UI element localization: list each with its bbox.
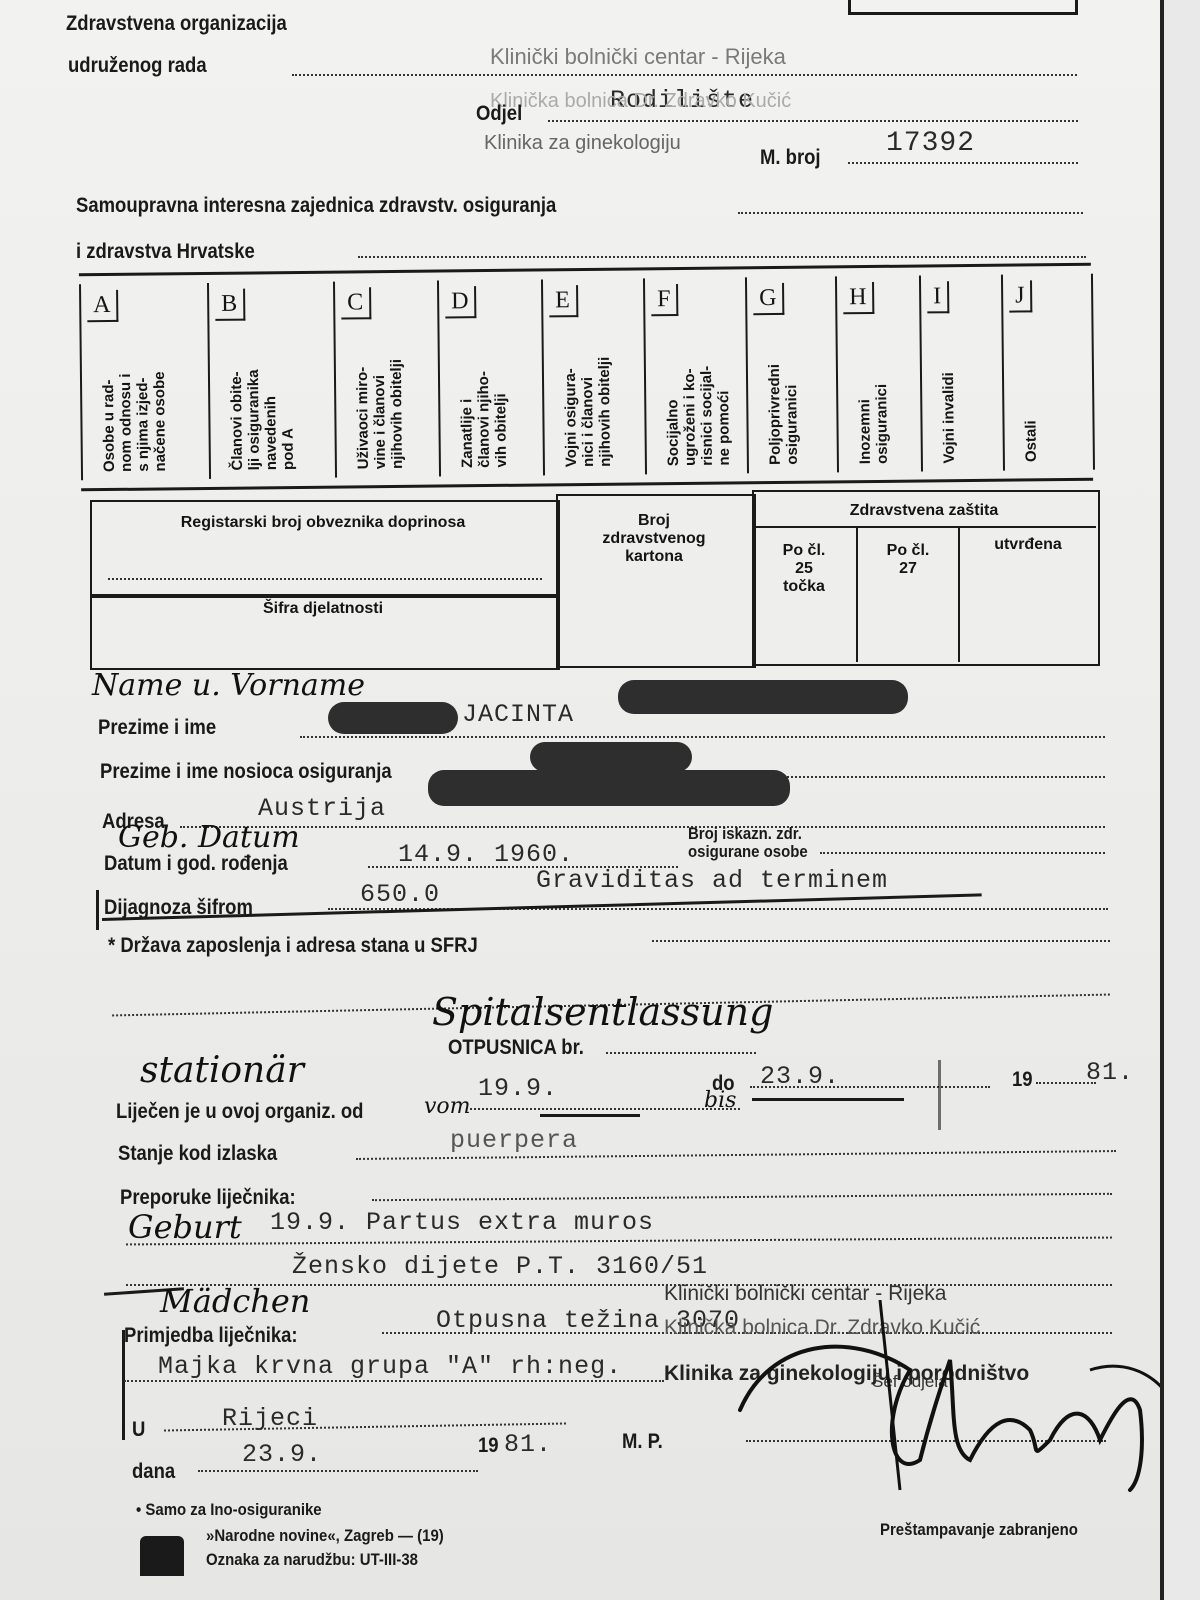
- recommendations-line2: [126, 1237, 1112, 1246]
- treated-label: Liječen je u ovoj organiz. od: [116, 1100, 363, 1124]
- bracket-mark: [96, 890, 99, 930]
- org-value-faint: Klinički bolnički centar - Rijeka: [490, 44, 786, 70]
- name-label: Prezime i ime: [98, 716, 216, 740]
- publisher-line2: Oznaka za narudžbu: UT-III-38: [206, 1550, 418, 1570]
- employment-label: * Država zaposlenja i adresa stana u SFR…: [108, 934, 478, 958]
- date-value: 23.9.: [242, 1440, 322, 1469]
- footer-note: • Samo za Ino-osiguranike: [136, 1500, 322, 1520]
- recommendations-line1: [372, 1193, 1112, 1201]
- seal-label: M. P.: [622, 1430, 663, 1454]
- mbroj-value: 17392: [886, 128, 975, 159]
- redaction: [428, 770, 790, 806]
- year-prefix: 19: [1012, 1068, 1033, 1092]
- category-I[interactable]: IVojni invalidi: [919, 275, 923, 471]
- name-field-line: [300, 736, 1105, 738]
- date-year-value: 81.: [504, 1430, 552, 1459]
- inpatient-annotation: stationär: [140, 1050, 304, 1091]
- siz-label-line2: i zdravstva Hrvatske: [76, 240, 255, 264]
- siz-field-line2: [358, 256, 1086, 258]
- year-value: 81.: [1086, 1058, 1134, 1087]
- place-label: U: [132, 1418, 145, 1442]
- org-label-line2: udruženog rada: [68, 54, 207, 78]
- girl-annotation: Mädchen: [160, 1282, 310, 1320]
- category-D[interactable]: DZanatlije i članovi njiho- vih obitelji: [437, 281, 441, 477]
- card-no-label: Broj zdravstvenog kartona: [556, 512, 752, 566]
- dept-faint-line2: Klinika za ginekologiju: [484, 132, 681, 155]
- redaction: [618, 680, 908, 714]
- redaction: [328, 702, 458, 734]
- to-annotation: bis: [704, 1088, 736, 1113]
- insured-label: Prezime i ime nosioca osiguranja: [100, 760, 392, 784]
- discharge-no-line: [606, 1052, 756, 1054]
- to-underline: [752, 1098, 904, 1101]
- date-year-prefix: 19: [478, 1434, 499, 1458]
- date-field-line: [198, 1470, 478, 1472]
- employment-field-line1: [652, 940, 1110, 942]
- dob-value: 14.9. 1960.: [398, 840, 574, 869]
- category-F[interactable]: FSocijalno ugroženi i ko- risnici socija…: [643, 278, 647, 474]
- doctor-signature: [730, 1300, 1170, 1500]
- remark-label: Primjedba liječnika:: [124, 1324, 298, 1348]
- discharge-form-paper: Zdravstvena organizacija udruženog rada …: [0, 0, 1165, 1600]
- dob-label: Datum i god. rođenja: [104, 852, 288, 876]
- dept-faint-line1: Klinička bolnica Dr. Zdravko Kučić: [490, 90, 791, 113]
- category-C[interactable]: CUživaoci miro- vine i članovi njihovih …: [333, 282, 337, 478]
- category-G[interactable]: GPoljoprivredni osiguranici: [745, 277, 749, 473]
- birth-annotation: Geburt: [128, 1208, 242, 1246]
- id-card-label-line2: osigurane osobe: [688, 842, 808, 862]
- reprint-notice: Preštampavanje zabranjeno: [880, 1520, 1078, 1540]
- health-protection-divider: [752, 526, 1096, 528]
- register-table: Registarski broj obveznika doprinosa Šif…: [90, 490, 1100, 670]
- reg-no-line: [108, 578, 542, 580]
- id-card-label-line1: Broj iskazn. zdr.: [688, 824, 802, 844]
- dob-annotation: Geb. Datum: [118, 820, 300, 855]
- top-right-box: [848, 0, 1078, 15]
- siz-label-line1: Samoupravna interesna zajednica zdravstv…: [76, 194, 556, 218]
- background-strip: [1164, 0, 1200, 1600]
- insurance-category-table: AOsobe u rad- nom odnosu i s njima izjed…: [79, 263, 1093, 492]
- established-label: utvrđena: [960, 536, 1096, 554]
- category-J[interactable]: JOstali: [1001, 274, 1095, 471]
- category-A[interactable]: AOsobe u rad- nom odnosu i s njima izjed…: [79, 284, 83, 480]
- siz-field-line1: [738, 212, 1083, 214]
- activity-code-label: Šifra djelatnosti: [90, 600, 556, 618]
- discharge-title-annotation: Spitalsentlassung: [432, 990, 773, 1034]
- condition-label: Stanje kod izlaska: [118, 1142, 277, 1166]
- art27-label: Po čl. 27: [858, 542, 958, 578]
- dept-field-line: [548, 120, 1078, 122]
- mbroj-field-line: [848, 162, 1078, 164]
- treated-to: 23.9.: [760, 1062, 840, 1091]
- category-B[interactable]: BČlanovi obite- lji osiguranika navedeni…: [207, 283, 211, 479]
- diagnosis-code: 650.0: [360, 880, 440, 909]
- address-value: Austrija: [258, 794, 386, 823]
- treated-from-line: [470, 1108, 740, 1110]
- name-annotation: Name u. Vorname: [92, 668, 365, 703]
- category-E[interactable]: EVojni osigura- nici i članovi njihovih …: [541, 279, 545, 475]
- reg-no-label: Registarski broj obveznika doprinosa: [90, 514, 556, 532]
- art25-label: Po čl. 25 točka: [752, 542, 856, 596]
- remark-line2: Majka krvna grupa "A" rh:neg.: [158, 1352, 622, 1381]
- scan-mark: [938, 1060, 941, 1130]
- publisher-line1: »Narodne novine«, Zagreb — (19): [206, 1526, 444, 1546]
- org-field-line: [292, 74, 1077, 76]
- category-H[interactable]: HInozemni osiguranici: [835, 276, 839, 472]
- diagnosis-text: Graviditas ad terminem: [536, 866, 888, 895]
- mbroj-label: M. broj: [760, 146, 821, 170]
- from-underline: [540, 1114, 640, 1117]
- recommendations-label: Preporuke liječnika:: [120, 1186, 296, 1210]
- org-label-line1: Zdravstvena organizacija: [66, 12, 287, 36]
- from-annotation: vom: [424, 1094, 471, 1119]
- name-value: JACINTA: [462, 700, 574, 729]
- rec-line2: Žensko dijete P.T. 3160/51: [292, 1252, 708, 1281]
- publisher-logo-icon: [140, 1536, 184, 1576]
- discharge-title-label: OTPUSNICA br.: [448, 1036, 584, 1060]
- rec-line1: 19.9. Partus extra muros: [270, 1208, 654, 1237]
- address-field-line: [180, 826, 1105, 828]
- condition-value: puerpera: [450, 1126, 578, 1155]
- redaction: [530, 742, 692, 772]
- date-label: dana: [132, 1460, 175, 1484]
- id-card-field-line: [820, 852, 1105, 854]
- dept-label: Odjel: [476, 102, 522, 126]
- treated-from: 19.9.: [478, 1074, 558, 1103]
- place-value: Rijeci: [222, 1404, 318, 1433]
- health-protection-label: Zdravstvena zaštita: [752, 502, 1096, 520]
